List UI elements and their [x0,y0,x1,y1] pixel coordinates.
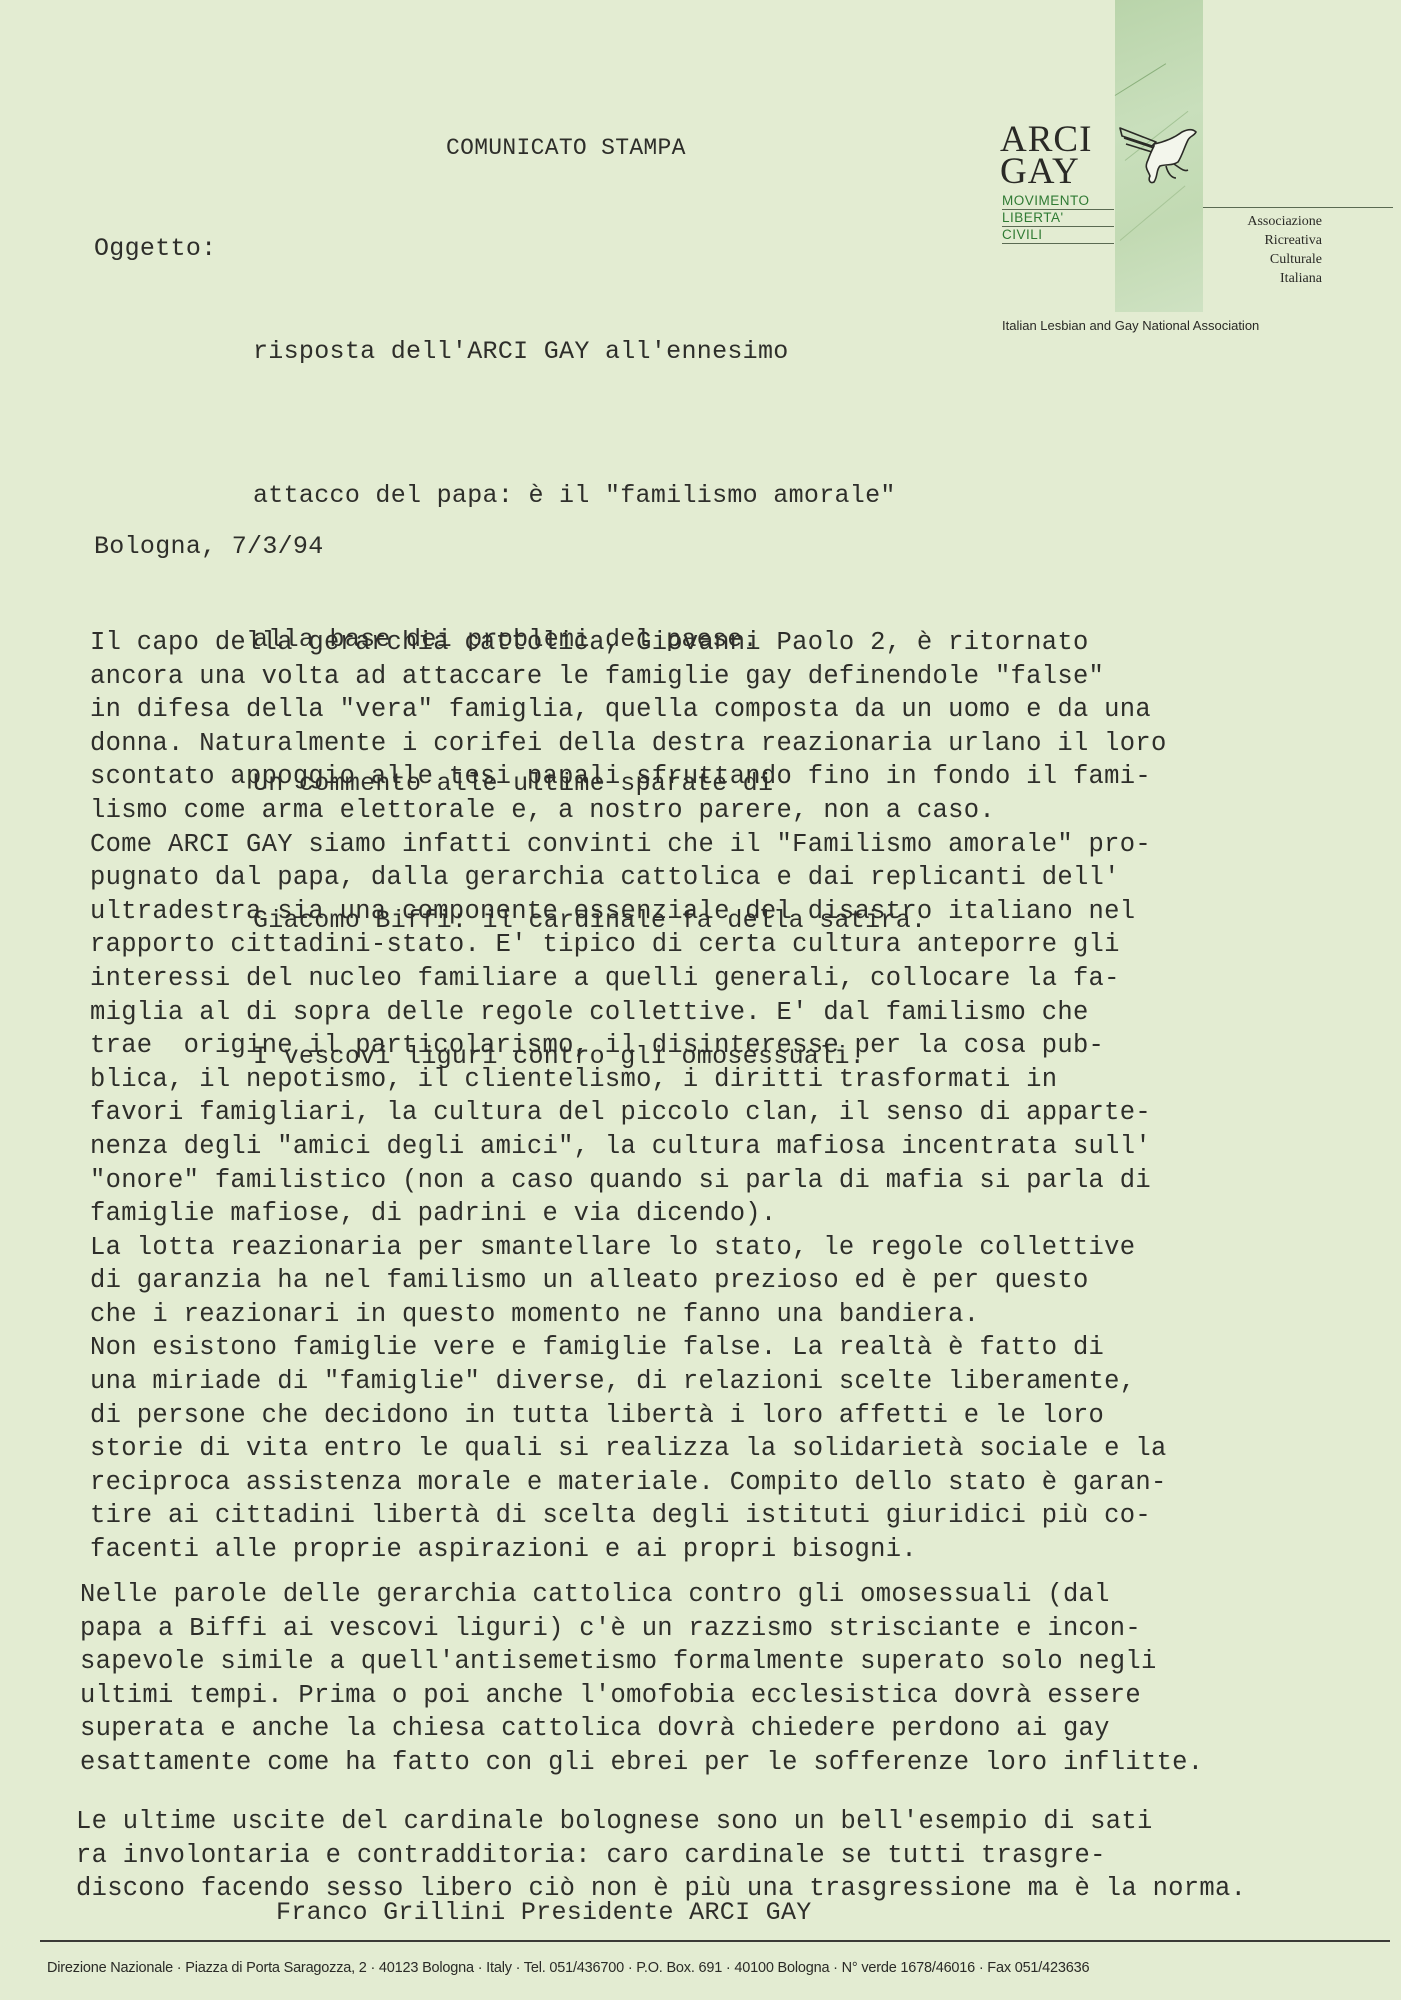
body-line: ultimi tempi. Prima o poi anche l'omofob… [80,1679,1203,1713]
body-line: ra involontaria e contradditoria: caro c… [76,1839,1246,1873]
body-line: di garanzia ha nel familismo un alleato … [90,1264,1167,1298]
pegasus-icon [1118,124,1200,188]
body-line: reciproca assistenza morale e materiale.… [90,1466,1167,1500]
footer-rule [40,1940,1390,1942]
signature: Franco Grillini Presidente ARCI GAY [276,1896,812,1930]
body-line: "onore" familistico (non a caso quando s… [90,1164,1167,1198]
association-name: Associazione Ricreativa Culturale Italia… [1247,212,1322,288]
subject-label: Oggetto: [94,232,216,266]
body-line: superata e anche la chiesa cattolica dov… [80,1712,1203,1746]
body-line: ancora una volta ad attaccare le famigli… [90,660,1167,694]
body-line: Le ultime uscite del cardinale bolognese… [76,1805,1246,1839]
body-line: che i reazionari in questo momento ne fa… [90,1298,1167,1332]
association-line: Associazione [1247,212,1322,231]
body-paragraph-2: Nelle parole delle gerarchia cattolica c… [80,1578,1203,1780]
body-line: esattamente come ha fatto con gli ebrei … [80,1746,1203,1780]
subject-line: attacco del papa: è il "familismo amoral… [253,472,926,520]
association-line: Italiana [1247,269,1322,288]
body-paragraph-1: Il capo della gerarchia cattolica, Giova… [90,626,1167,1567]
body-line: sapevole simile a quell'antisemetismo fo… [80,1645,1203,1679]
body-line: Non esistono famiglie vere e famiglie fa… [90,1331,1167,1365]
body-line: La lotta reazionaria per smantellare lo … [90,1231,1167,1265]
body-line: trae origine il particolarismo, il disin… [90,1029,1167,1063]
document-title: COMUNICATO STAMPA [446,132,686,166]
body-line: facenti alle proprie aspirazioni e ai pr… [90,1533,1167,1567]
body-line: favori famigliari, la cultura del piccol… [90,1096,1167,1130]
body-line: rapporto cittadini-stato. E' tipico di c… [90,928,1167,962]
body-line: pugnato dal papa, dalla gerarchia cattol… [90,861,1167,895]
body-line: storie di vita entro le quali si realizz… [90,1432,1167,1466]
body-line: Il capo della gerarchia cattolica, Giova… [90,626,1167,660]
body-line: papa a Biffi ai vescovi liguri) c'è un r… [80,1612,1203,1646]
movement-line-2: LIBERTA' [1002,210,1114,227]
body-line: lismo come arma elettorale e, a nostro p… [90,794,1167,828]
movement-line-1: MOVIMENTO [1002,193,1114,210]
logo-line-2: GAY [1000,156,1110,188]
logo-wordmark: ARCI GAY [1000,124,1110,188]
stripe-line [1115,63,1166,96]
subject-line: risposta dell'ARCI GAY all'ennesimo [253,328,926,376]
dateline: Bologna, 7/3/94 [94,530,324,564]
body-line: interessi del nucleo familiare a quelli … [90,962,1167,996]
footer-address: Direzione Nazionale · Piazza di Porta Sa… [47,1960,1089,1976]
body-line: una miriade di "famiglie" diverse, di re… [90,1365,1167,1399]
association-line: Ricreativa [1247,231,1322,250]
body-line: Come ARCI GAY siamo infatti convinti che… [90,828,1167,862]
body-line: miglia al di sopra delle regole colletti… [90,996,1167,1030]
body-paragraph-3: Le ultime uscite del cardinale bolognese… [76,1805,1246,1906]
letterhead-tagline: Italian Lesbian and Gay National Associa… [1002,318,1259,333]
body-line: nenza degli "amici degli amici", la cult… [90,1130,1167,1164]
body-line: di persone che decidono in tutta libertà… [90,1399,1167,1433]
movement-line-3: CIVILI [1002,227,1114,244]
body-line: donna. Naturalmente i corifei della dest… [90,727,1167,761]
body-line: famiglie mafiose, di padrini e via dicen… [90,1197,1167,1231]
body-line: tire ai cittadini libertà di scelta degl… [90,1499,1167,1533]
movement-label: MOVIMENTO LIBERTA' CIVILI [1002,193,1114,244]
body-line: blica, il nepotismo, il clientelismo, i … [90,1063,1167,1097]
body-line: Nelle parole delle gerarchia cattolica c… [80,1578,1203,1612]
stripe-line [1120,185,1186,240]
letterhead-rule [1203,207,1393,208]
body-line: scontato appoggio alle tesi papali sfrut… [90,760,1167,794]
body-line: ultradestra sia una componente essenzial… [90,895,1167,929]
association-line: Culturale [1247,250,1322,269]
body-line: in difesa della "vera" famiglia, quella … [90,693,1167,727]
